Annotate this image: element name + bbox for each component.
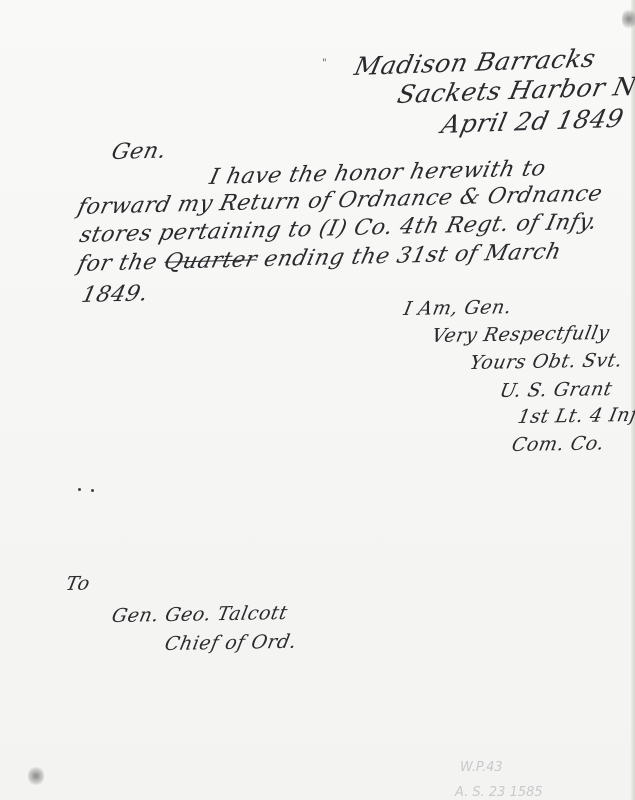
body-line-4-start: for the — [75, 250, 159, 277]
salutation: Gen. — [109, 139, 169, 165]
addressee-title: Chief of Ord. — [163, 631, 299, 655]
body-line-5: 1849. — [79, 281, 150, 308]
closing-line-2: Very Respectfully — [430, 322, 612, 347]
closing-line-1: I Am, Gen. — [402, 296, 514, 320]
archival-note-2: A. S. 23 1585 — [455, 785, 543, 800]
signer-unit: Com. Co. — [510, 432, 606, 456]
closing-line-3: Yours Obt. Svt. — [468, 349, 625, 374]
archival-note-1: W.P.43 — [460, 760, 503, 775]
header-date: April 2d 1849 — [439, 104, 627, 139]
addressee-to: To — [64, 573, 92, 595]
signer-rank: 1st Lt. 4 Infy. — [516, 404, 635, 428]
addressee-name: Gen. Geo. Talcott — [110, 602, 290, 627]
signature: U. S. Grant — [498, 378, 614, 402]
paper-edge — [631, 0, 635, 800]
ink-dot — [78, 488, 81, 491]
struck-word: Quarter — [162, 247, 260, 274]
paper-stain — [622, 8, 635, 30]
body-line-4-end: ending the 31st of March — [262, 239, 564, 272]
ink-dot — [91, 489, 94, 492]
paper-stain — [28, 766, 44, 786]
ink-mark: " — [322, 58, 326, 62]
letter-page: " Madison Barracks Sackets Harbor N.Y. A… — [0, 0, 635, 800]
